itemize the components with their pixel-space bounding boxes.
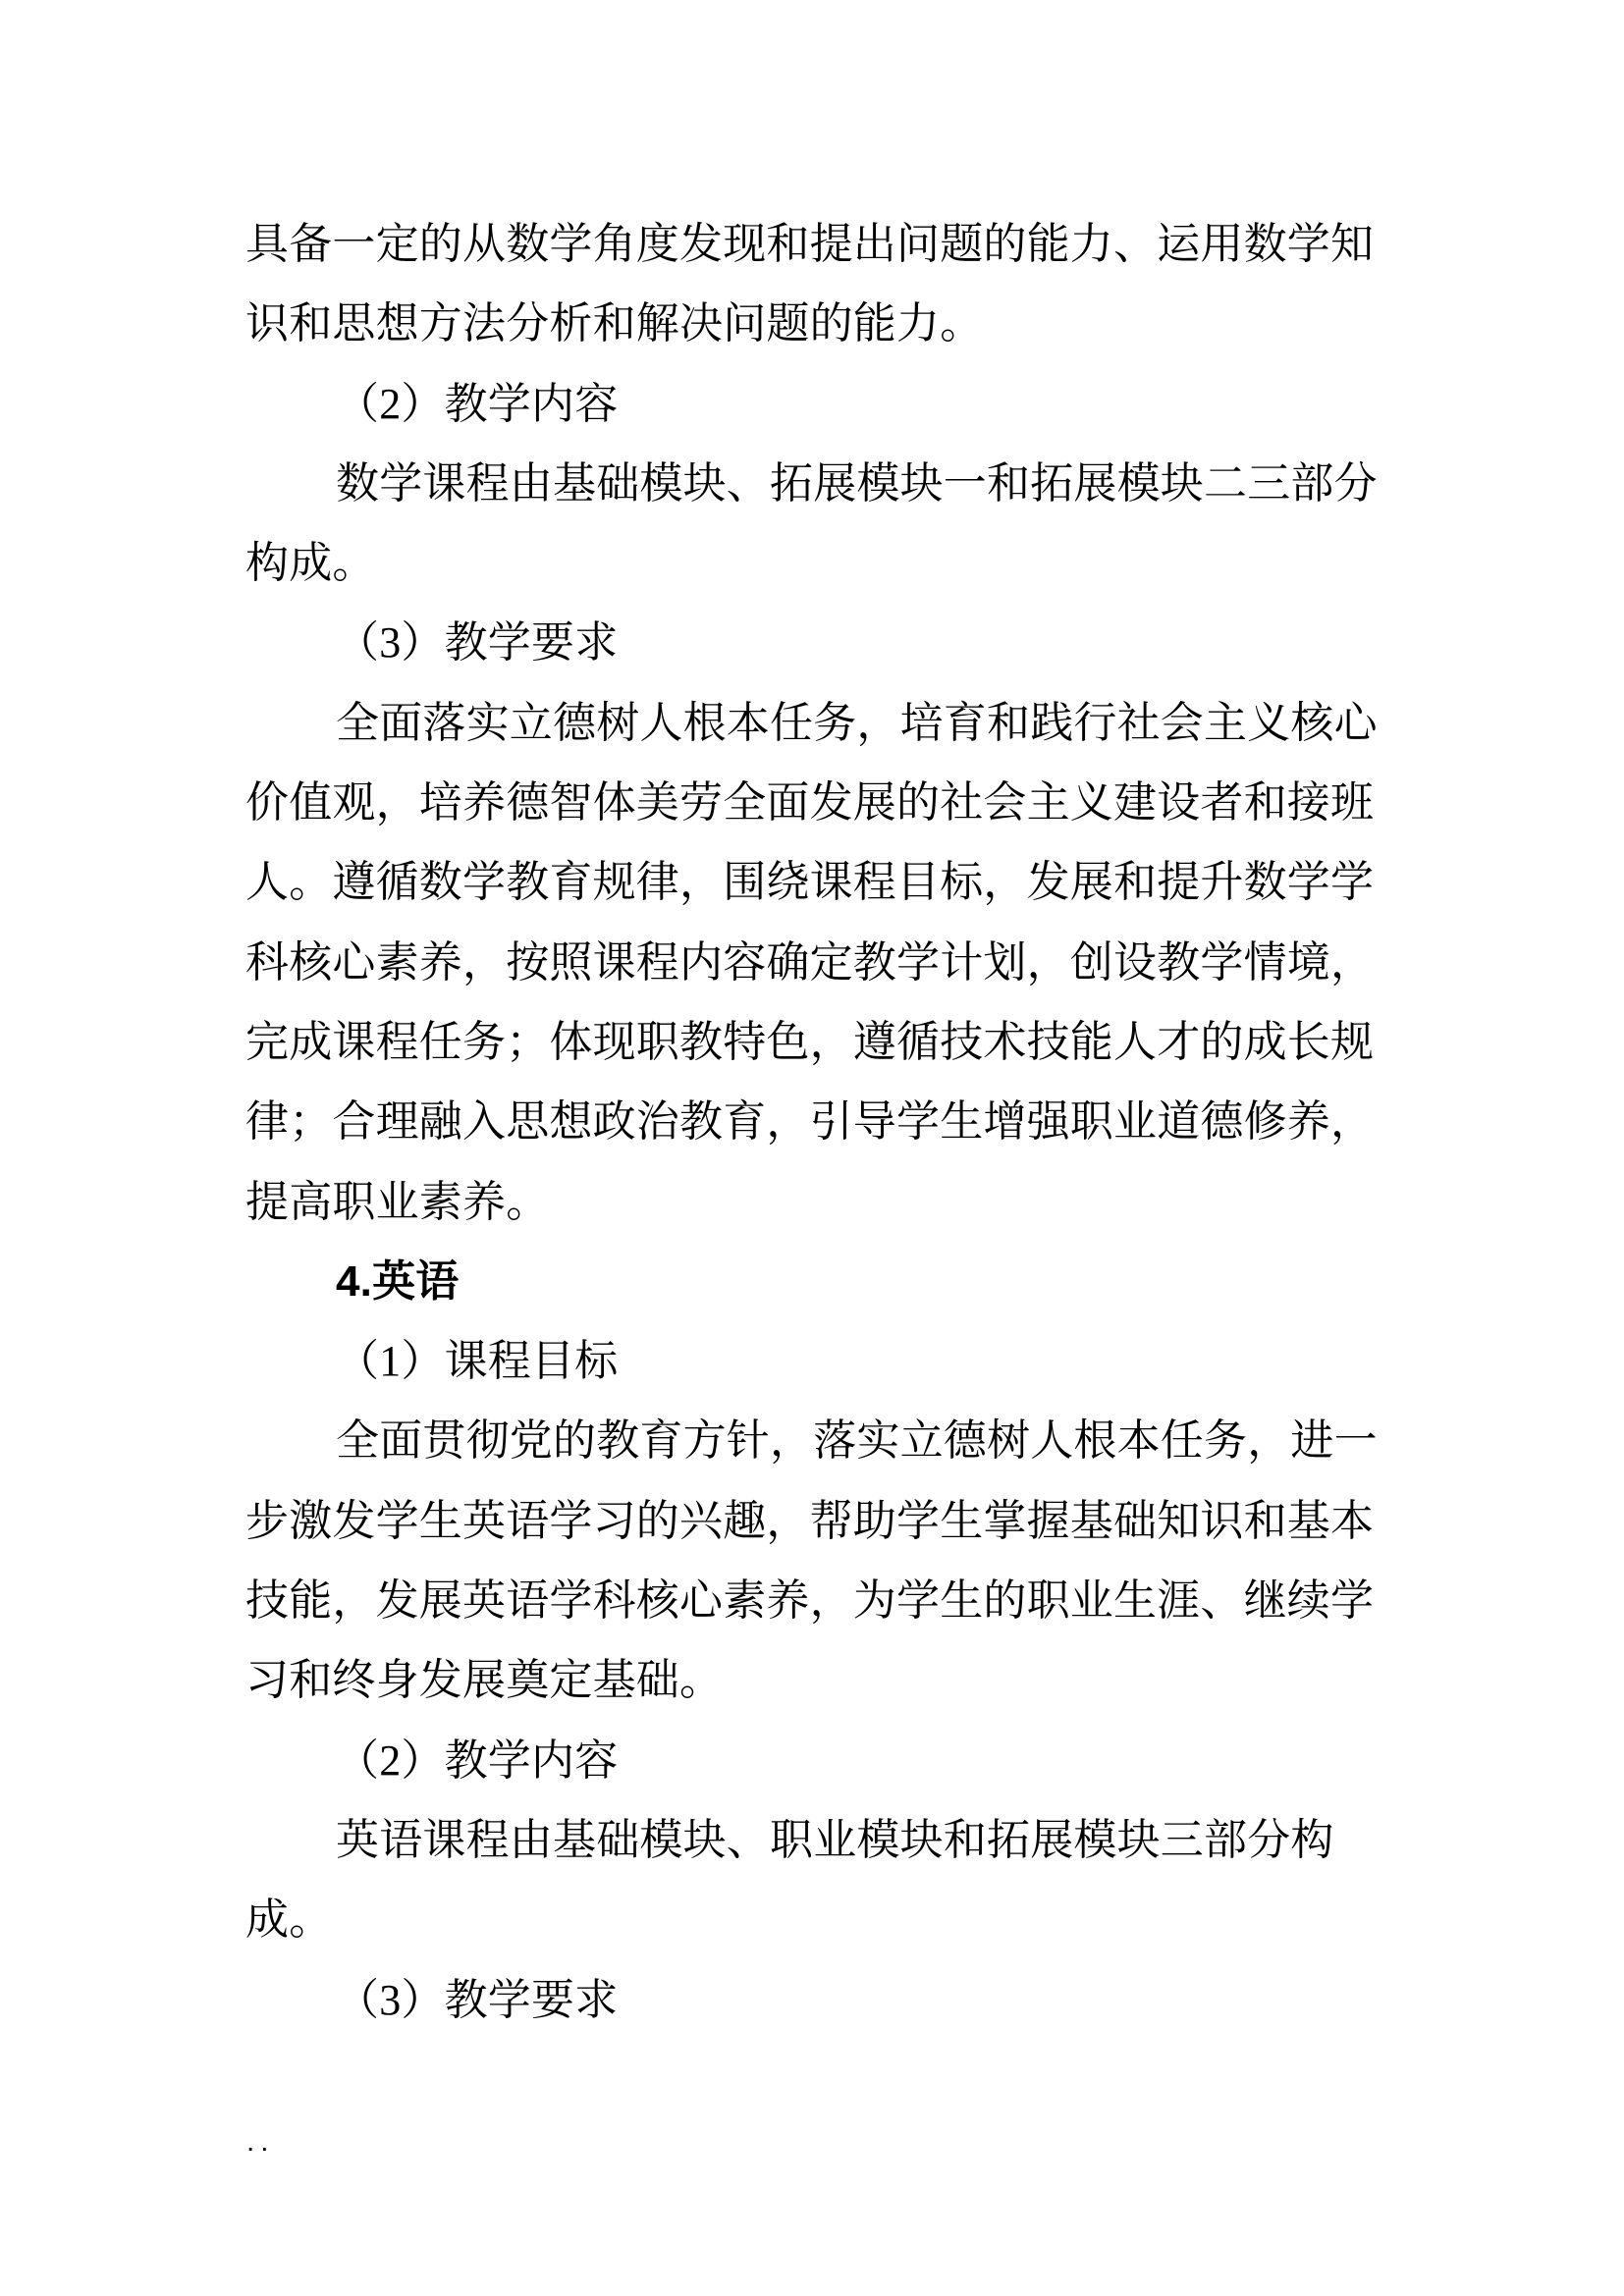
text-line: 构成。 — [245, 523, 1382, 603]
document-body: 具备一定的从数学角度发现和提出问题的能力、运用数学知识和思想方法分析和解决问题的… — [245, 204, 1382, 2040]
text-line: 全面贯彻党的教育方针，落实立德树人根本任务，进一 — [245, 1401, 1382, 1480]
text-line: 成。 — [245, 1880, 1382, 1959]
text-line: （1）课程目标 — [245, 1321, 1382, 1401]
footer-mark: .. — [245, 2136, 273, 2156]
text-line: 英语课程由基础模块、职业模块和拓展模块三部分构 — [245, 1800, 1382, 1880]
text-line: 价值观，培养德智体美劳全面发展的社会主义建设者和接班 — [245, 763, 1382, 842]
text-line: 人。遵循数学教育规律，围绕课程目标，发展和提升数学学 — [245, 842, 1382, 922]
text-line: （3）教学要求 — [245, 1960, 1382, 2040]
text-line: 数学课程由基础模块、拓展模块一和拓展模块二三部分 — [245, 444, 1382, 523]
text-line: 识和思想方法分析和解决问题的能力。 — [245, 284, 1382, 363]
text-line: 提高职业素养。 — [245, 1162, 1382, 1242]
text-line: （3）教学要求 — [245, 603, 1382, 682]
text-line: 具备一定的从数学角度发现和提出问题的能力、运用数学知 — [245, 204, 1382, 284]
text-line: 科核心素养，按照课程内容确定教学计划，创设教学情境， — [245, 923, 1382, 1002]
section-heading: 4.英语 — [245, 1242, 1382, 1321]
text-line: 步激发学生英语学习的兴趣，帮助学生掌握基础知识和基本 — [245, 1481, 1382, 1561]
document-page: 具备一定的从数学角度发现和提出问题的能力、运用数学知识和思想方法分析和解决问题的… — [0, 0, 1624, 2296]
text-line: （2）教学内容 — [245, 1721, 1382, 1800]
text-line: （2）教学内容 — [245, 364, 1382, 444]
text-line: 律；合理融入思想政治教育，引导学生增强职业道德修养， — [245, 1082, 1382, 1161]
text-line: 全面落实立德树人根本任务，培育和践行社会主义核心 — [245, 683, 1382, 763]
text-line: 技能，发展英语学科核心素养，为学生的职业生涯、继续学 — [245, 1561, 1382, 1640]
text-line: 习和终身发展奠定基础。 — [245, 1640, 1382, 1720]
text-line: 完成课程任务；体现职教特色，遵循技术技能人才的成长规 — [245, 1002, 1382, 1082]
